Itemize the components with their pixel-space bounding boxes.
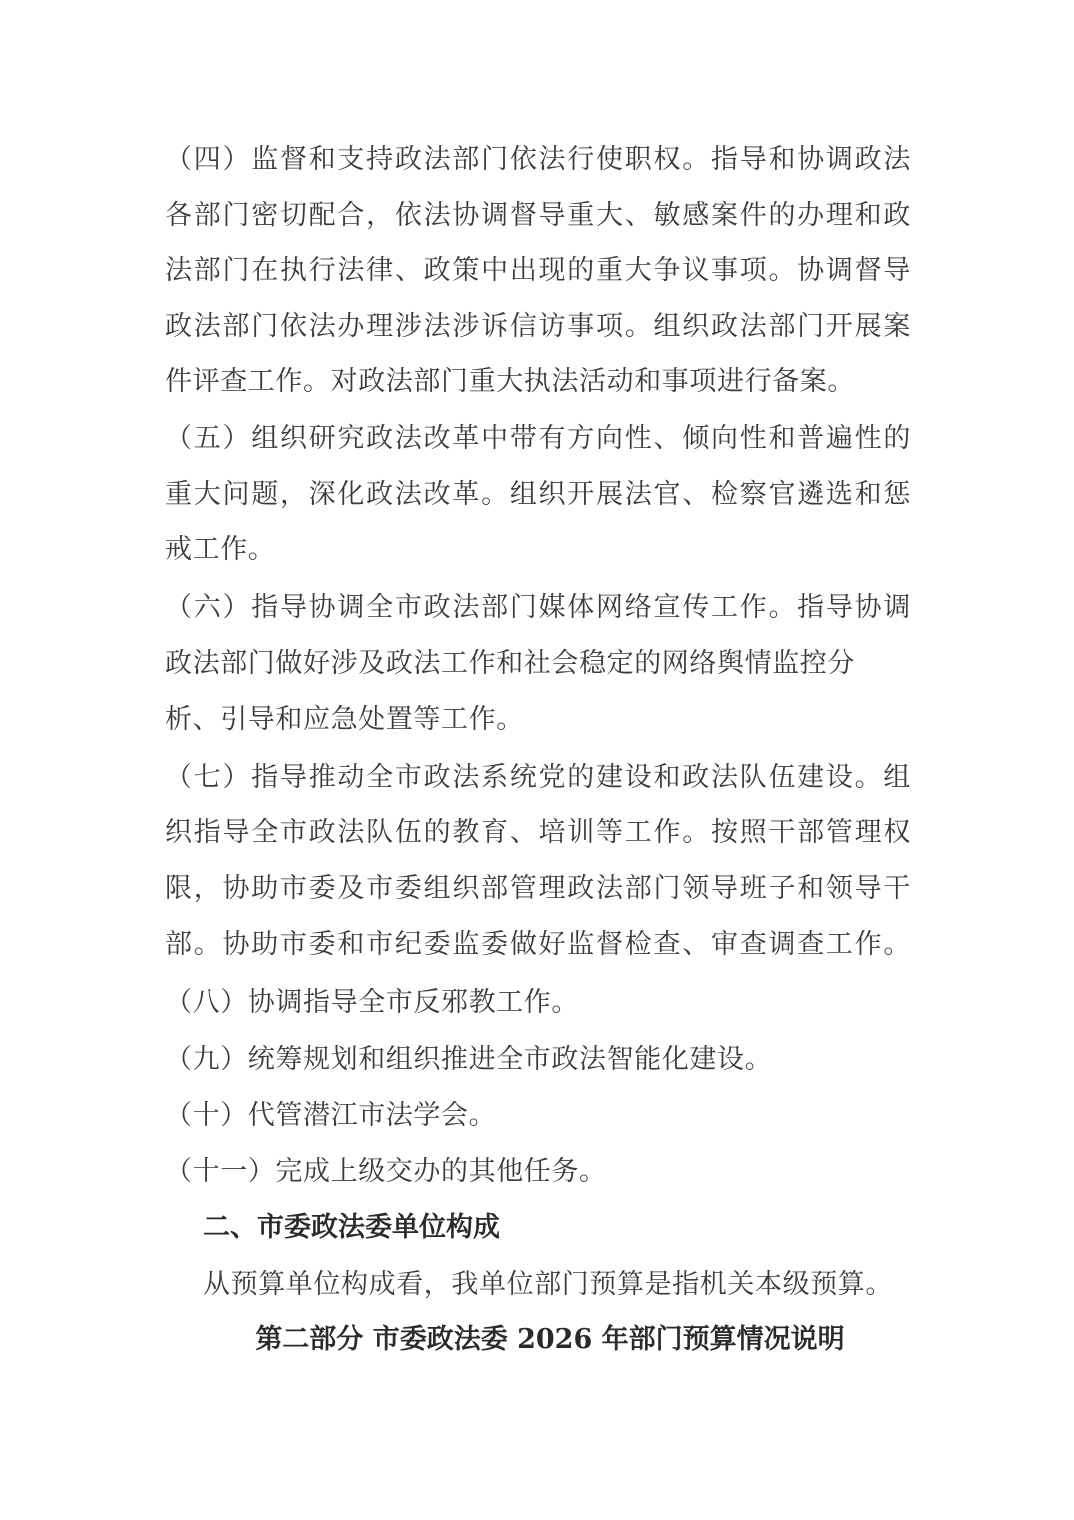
paragraph-item-5-line-1: （五）组织研究政法改革中带有方向性、倾向性和普遍性的	[165, 422, 911, 456]
paragraph-item-4-line-2: 各部门密切配合，依法协调督导重大、敏感案件的办理和政	[165, 199, 911, 233]
paragraph-item-7-line-1: （七）指导推动全市政法系统党的建设和政法队伍建设。组	[165, 761, 911, 795]
paragraph-item-9: （九）统筹规划和组织推进全市政法智能化建设。	[165, 1043, 925, 1077]
paragraph-item-6-line-1: （六）指导协调全市政法部门媒体网络宣传工作。指导协调	[165, 591, 911, 625]
paragraph-item-5-line-2: 重大问题，深化政法改革。组织开展法官、检察官遴选和惩	[165, 478, 911, 512]
paragraph-item-7-line-4: 部。协助市委和市纪委监委做好监督检查、审查调查工作。	[165, 928, 911, 962]
section-body-text: 从预算单位构成看，我单位部门预算是指机关本级预算。	[203, 1268, 963, 1302]
section-heading-unit-composition: 二、市委政法委单位构成	[203, 1211, 500, 1245]
paragraph-item-4-line-5: 件评查工作。对政法部门重大执法活动和事项进行备案。	[165, 365, 925, 399]
paragraph-item-7-line-2: 织指导全市政法队伍的教育、培训等工作。按照干部管理权	[165, 816, 911, 850]
paragraph-item-11: （十一）完成上级交办的其他任务。	[165, 1155, 925, 1189]
paragraph-item-5-line-3: 戒工作。	[165, 533, 925, 567]
document-page: （四）监督和支持政法部门依法行使职权。指导和协调政法 各部门密切配合，依法协调督…	[0, 0, 1074, 1520]
paragraph-item-6-line-2: 政法部门做好涉及政法工作和社会稳定的网络舆情监控分	[165, 647, 925, 681]
paragraph-item-10: （十）代管潜江市法学会。	[165, 1099, 925, 1133]
paragraph-item-4-line-3: 法部门在执行法律、政策中出现的重大争议事项。协调督导	[165, 254, 911, 288]
paragraph-item-8: （八）协调指导全市反邪教工作。	[165, 986, 925, 1020]
part-two-title: 第二部分 市委政法委 2026 年部门预算情况说明	[0, 1323, 1074, 1357]
paragraph-item-4-line-4: 政法部门依法办理涉法涉诉信访事项。组织政法部门开展案	[165, 310, 911, 344]
paragraph-item-4-line-1: （四）监督和支持政法部门依法行使职权。指导和协调政法	[165, 143, 911, 177]
paragraph-item-6-line-3: 析、引导和应急处置等工作。	[165, 703, 925, 737]
paragraph-item-7-line-3: 限，协助市委及市委组织部管理政法部门领导班子和领导干	[165, 872, 911, 906]
